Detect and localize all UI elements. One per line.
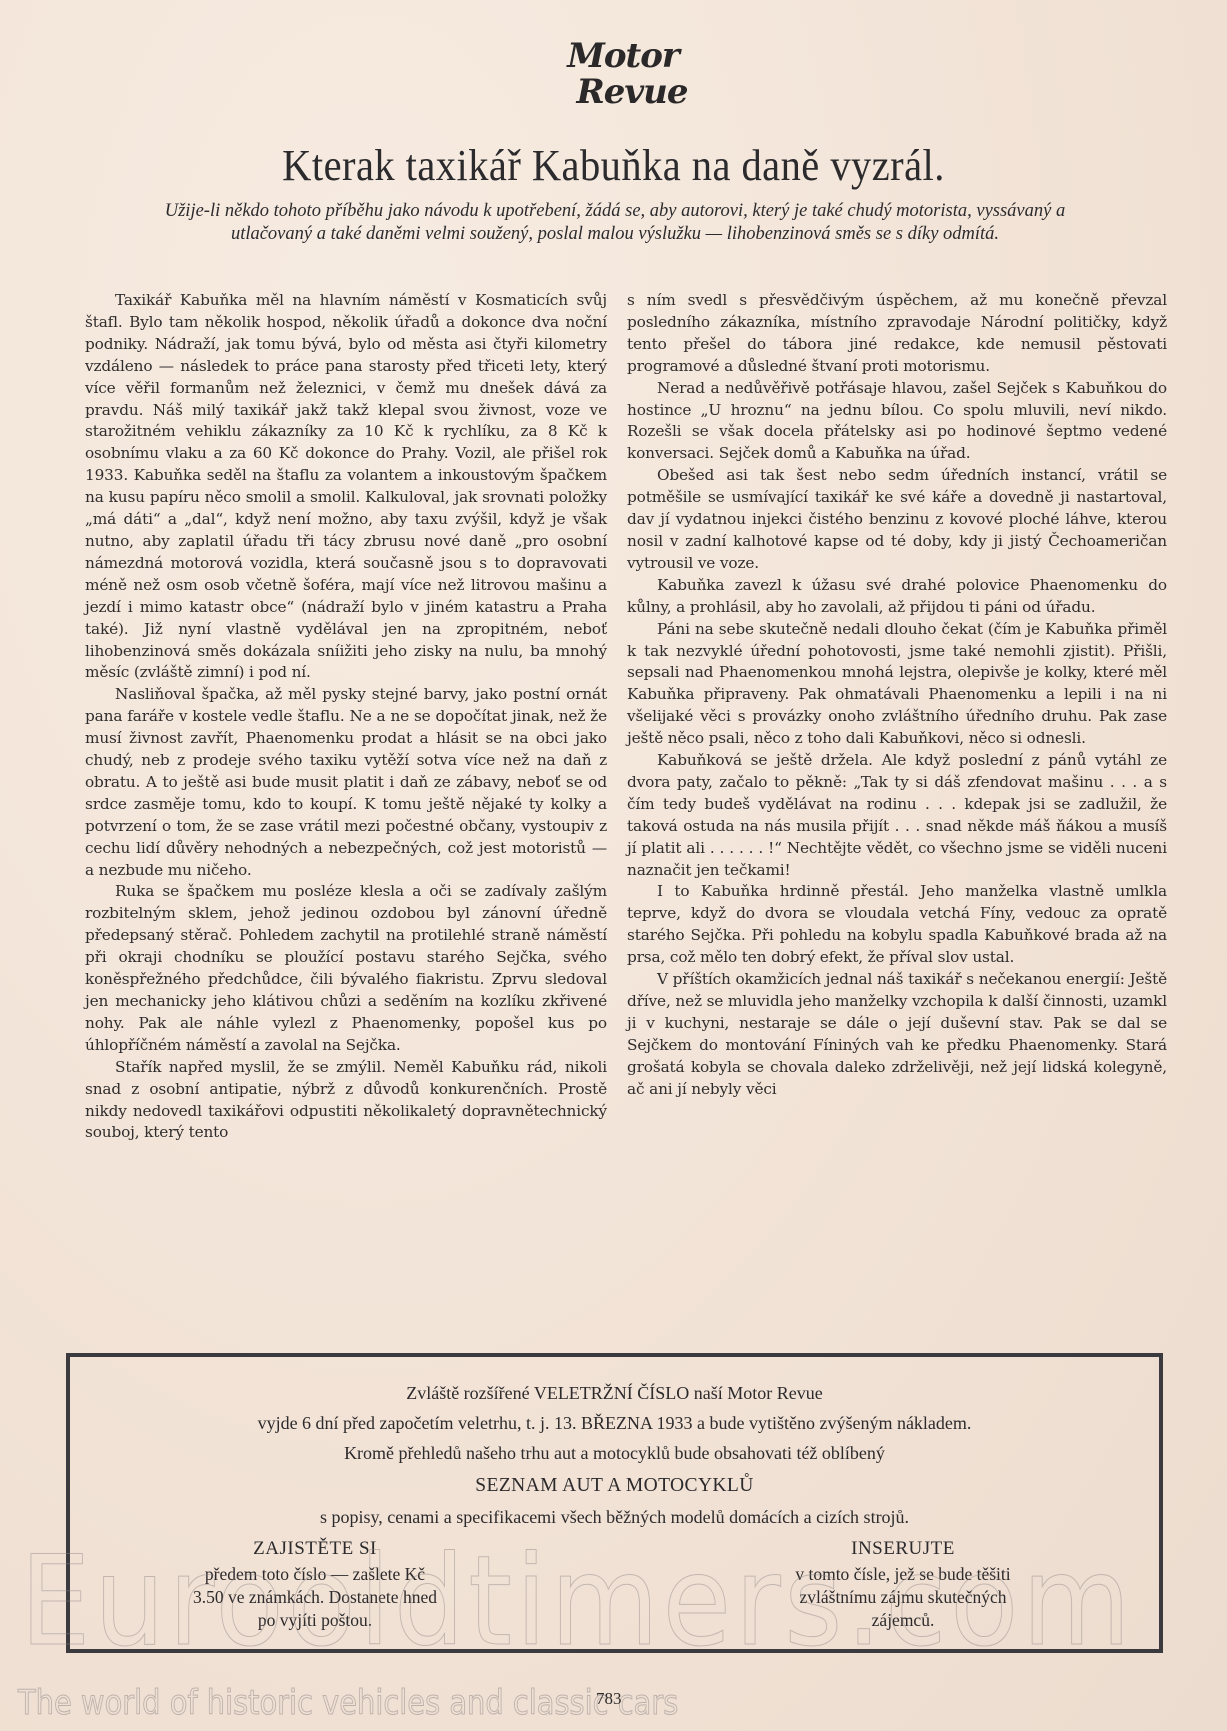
logo-line-motor: Motor — [567, 36, 679, 76]
paragraph: Nerad a nedůvěřivě potřásaje hlavou, zaš… — [627, 378, 1167, 466]
article-subtitle: Užije-li někdo tohoto příběhu jako návod… — [135, 200, 1095, 246]
ad-left-block: ZAJISTĚTE SI předem toto číslo — zašlete… — [190, 1537, 440, 1632]
paragraph: s ním svedl s přesvědčivým úspěchem, až … — [627, 290, 1167, 378]
paragraph: Kabuňková se ještě držela. Ale když posl… — [627, 750, 1167, 881]
ad-line-1: Zvláště rozšířené VELETRŽNÍ ČÍSLO naší M… — [70, 1383, 1159, 1404]
ad-left-heading: ZAJISTĚTE SI — [190, 1537, 440, 1560]
paragraph: Obešed asi tak šest nebo sedm úředních i… — [627, 465, 1167, 575]
paragraph: Páni na sebe skutečně nedali dlouho čeka… — [627, 619, 1167, 750]
right-column: s ním svedl s přesvědčivým úspěchem, až … — [627, 290, 1167, 1101]
paragraph: Nasliňoval špačka, až měl pysky stejné b… — [85, 684, 607, 881]
ad-left-text: předem toto číslo — zašlete Kč 3.50 ve z… — [193, 1564, 437, 1630]
advertisement-box: Zvláště rozšířené VELETRŽNÍ ČÍSLO naší M… — [66, 1353, 1163, 1653]
ad-line-3: Kromě přehledů našeho trhu aut a motocyk… — [70, 1443, 1159, 1464]
ad-right-block: INSERUJTE v tomto čísle, jež se bude těš… — [778, 1537, 1028, 1632]
magazine-logo: Motor Revue — [558, 38, 688, 110]
ad-right-text: v tomto čísle, jež se bude těšiti zvlášt… — [795, 1564, 1010, 1630]
left-column: Taxikář Kabuňka měl na hlavním náměstí v… — [85, 290, 607, 1144]
ad-right-heading: INSERUJTE — [778, 1537, 1028, 1560]
paragraph: Taxikář Kabuňka měl na hlavním náměstí v… — [85, 290, 607, 684]
paragraph: Stařík napřed myslil, že se zmýlil. Nemě… — [85, 1057, 607, 1145]
article-title: Kterak taxikář Kabuňka na daně vyzrál. — [49, 140, 1178, 191]
watermark-tagline: The world of historic vehicles and class… — [18, 1683, 678, 1723]
page-number: 783 — [596, 1689, 622, 1709]
ad-heading-seznam: SEZNAM AUT A MOTOCYKLŮ — [70, 1475, 1159, 1497]
logo-line-revue: Revue — [576, 74, 688, 110]
paragraph: Ruka se špačkem mu posléze klesla a oči … — [85, 881, 607, 1056]
paragraph: Kabuňka zavezl k úžasu své drahé polovic… — [627, 575, 1167, 619]
ad-line-2: vyjde 6 dní před započetím veletrhu, t. … — [70, 1413, 1159, 1434]
paragraph: V příštích okamžicích jednal náš taxikář… — [627, 969, 1167, 1100]
paragraph: I to Kabuňka hrdinně přestál. Jeho manže… — [627, 881, 1167, 969]
ad-line-5: s popisy, cenami a specifikacemi všech b… — [70, 1507, 1159, 1528]
